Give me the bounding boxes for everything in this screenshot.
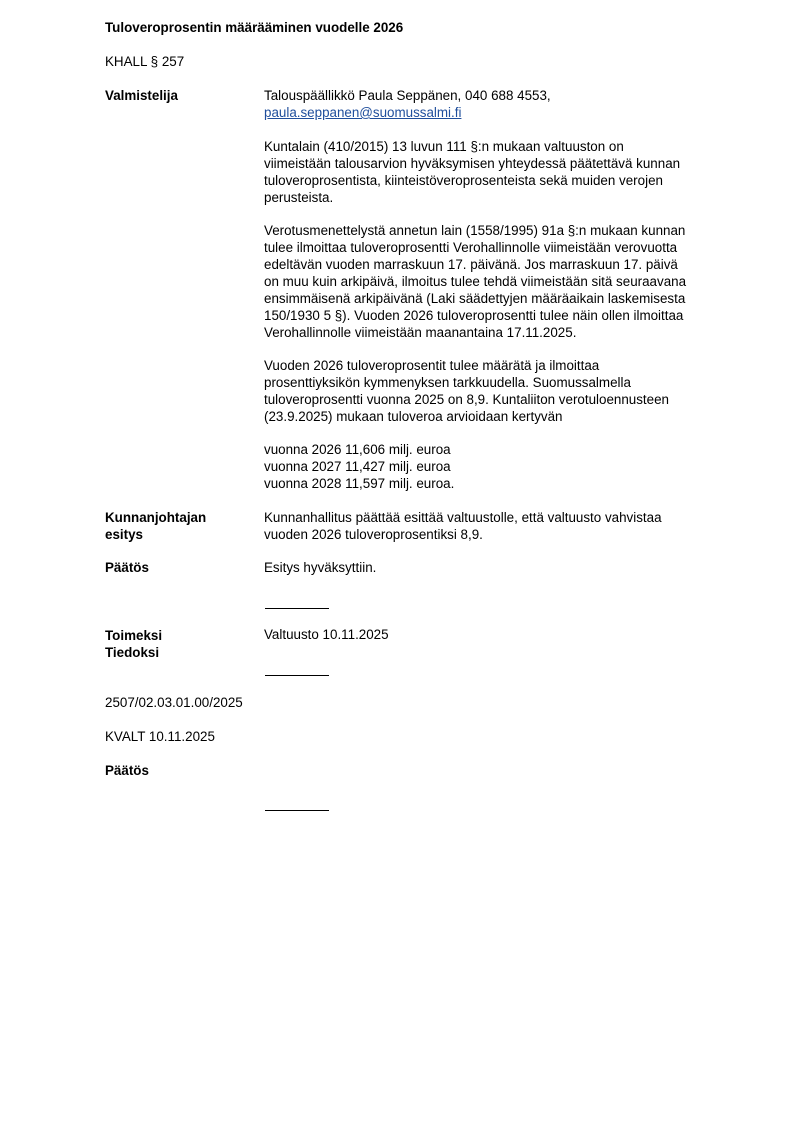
separator-line [265, 675, 329, 676]
tax-forecast-list: vuonna 2026 11,606 milj. euroa vuonna 20… [264, 441, 454, 492]
text-line: viimeistään talousarvion hyväksymisen yh… [264, 155, 680, 172]
assignment-label-line: Tiedoksi [105, 644, 162, 661]
decision-label: Päätös [105, 560, 149, 575]
preparer-name: Talouspäällikkö Paula Seppänen, 040 688 … [264, 88, 551, 103]
text-line: Kuntalain (410/2015) 13 luvun 111 §:n mu… [264, 138, 680, 155]
text-line: (23.9.2025) mukaan tuloveroa arvioidaan … [264, 408, 669, 425]
proposal-label-line: esitys [105, 526, 206, 543]
preparer-label: Valmistelija [105, 88, 178, 103]
text-line: Kunnanhallitus päättää esittää valtuusto… [264, 509, 662, 526]
text-line: ensimmäisenä arkipäivänä (Laki säädettyj… [264, 290, 686, 307]
preparer-email-link[interactable]: paula.seppanen@suomussalmi.fi [264, 105, 461, 120]
paragraph-municipal-law: Kuntalain (410/2015) 13 luvun 111 §:n mu… [264, 138, 680, 206]
proposal-label: Kunnanjohtajan esitys [105, 509, 206, 543]
text-line: vuoden 2026 tuloveroprosentiksi 8,9. [264, 526, 662, 543]
case-number: 2507/02.03.01.00/2025 [105, 695, 243, 710]
council-reference: KVALT 10.11.2025 [105, 729, 215, 744]
text-line: perusteista. [264, 189, 680, 206]
text-line: Verotusmenettelystä annetun lain (1558/1… [264, 222, 686, 239]
text-line: tuloveroprosentti vuonna 2025 on 8,9. Ku… [264, 391, 669, 408]
text-line: on muu kuin arkipäivä, ilmoitus tulee te… [264, 273, 686, 290]
text-line: Vuoden 2026 tuloveroprosentit tulee määr… [264, 357, 669, 374]
forecast-item: vuonna 2026 11,606 milj. euroa [264, 441, 454, 458]
proposal-text: Kunnanhallitus päättää esittää valtuusto… [264, 509, 662, 543]
proposal-label-line: Kunnanjohtajan [105, 509, 206, 526]
text-line: tuloveroprosentista, kiinteistöveroprose… [264, 172, 680, 189]
meeting-reference: KHALL § 257 [105, 54, 184, 69]
forecast-item: vuonna 2028 11,597 milj. euroa. [264, 475, 454, 492]
text-line: prosenttiyksikön kymmenyksen tarkkuudell… [264, 374, 669, 391]
forecast-item: vuonna 2027 11,427 milj. euroa [264, 458, 454, 475]
assignment-text: Valtuusto 10.11.2025 [264, 627, 389, 642]
separator-line [265, 608, 329, 609]
separator-line [265, 810, 329, 811]
paragraph-tax-procedure: Verotusmenettelystä annetun lain (1558/1… [264, 222, 686, 341]
text-line: edeltävän vuoden marraskuun 17. päivänä.… [264, 256, 686, 273]
assignment-label: Toimeksi Tiedoksi [105, 627, 162, 661]
text-line: Verohallinnolle viimeistään maanantaina … [264, 324, 686, 341]
text-line: tulee ilmoittaa tuloveroprosentti Veroha… [264, 239, 686, 256]
council-decision-label: Päätös [105, 763, 149, 778]
document-title: Tuloveroprosentin määrääminen vuodelle 2… [105, 20, 403, 35]
decision-text: Esitys hyväksyttiin. [264, 560, 376, 575]
text-line: 150/1930 5 §). Vuoden 2026 tuloveroprose… [264, 307, 686, 324]
paragraph-tax-rate: Vuoden 2026 tuloveroprosentit tulee määr… [264, 357, 669, 425]
assignment-label-line: Toimeksi [105, 627, 162, 644]
